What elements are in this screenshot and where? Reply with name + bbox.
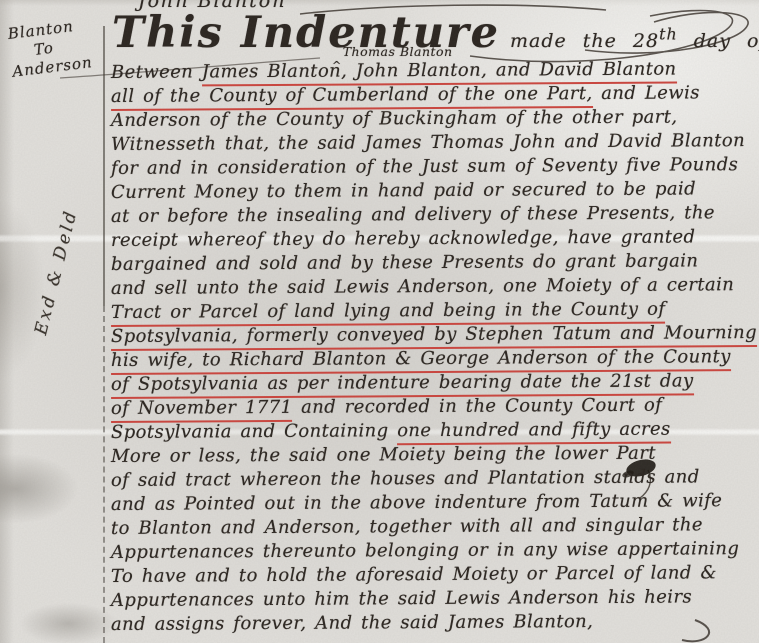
handwritten-line: and assigns forever, And the said James … xyxy=(111,610,757,638)
text-segment: Appurtenances thereunto belonging or in … xyxy=(111,538,739,563)
text-segment: and as Pointed out in the above indentur… xyxy=(111,490,722,515)
text-segment: Between xyxy=(111,61,202,83)
document-scan: Blanton To Anderson Exd & Deld John Blan… xyxy=(0,0,759,643)
text-segment: and assigns forever, And the said James … xyxy=(111,611,593,635)
heading-date-ordinal: th xyxy=(659,25,678,44)
text-segment: More or less, the said one Moiety being … xyxy=(111,443,656,467)
text-segment: Witnesseth that, the said James Thomas J… xyxy=(111,130,745,155)
text-segment: Anderson of the County of Buckingham of … xyxy=(111,107,678,131)
text-segment: and recorded in the County Court of xyxy=(292,395,662,418)
text-segment: of said tract whereon the houses and Pla… xyxy=(111,466,700,491)
text-segment: at or before the insealing and delivery … xyxy=(111,202,715,227)
margin-rule-line xyxy=(103,26,105,306)
text-segment: Spotsylvania and Containing xyxy=(111,420,397,443)
heading-date-post: day of July 1806, xyxy=(678,30,759,52)
text-segment: receipt whereof they do hereby acknowled… xyxy=(111,226,696,251)
margin-case-title: Blanton To Anderson xyxy=(7,15,94,81)
deed-body: Between James Blanton, John Blanton, and… xyxy=(111,60,757,636)
margin-rule-line-dashed xyxy=(103,306,105,643)
interlined-insertion: ^Thomas Blanton xyxy=(332,44,453,59)
red-underlined-passage: of November 1771 xyxy=(111,397,293,423)
text-segment: Current Money to them in hand paid or se… xyxy=(111,178,696,203)
interline-text: Thomas Blanton xyxy=(343,44,453,59)
text-segment: and Lewis xyxy=(593,82,700,104)
text-segment: and sell unto the said Lewis Anderson, o… xyxy=(111,274,734,299)
text-segment: To have and to hold the aforesaid Moiety… xyxy=(111,562,717,587)
heading-date-pre: made the 28 xyxy=(510,30,659,52)
text-segment: for and in consideration of the Just sum… xyxy=(111,154,738,179)
text-segment: Appurtenances unto him the said Lewis An… xyxy=(111,586,692,611)
red-underlined-passage: one hundred and fifty acres xyxy=(397,419,671,446)
text-segment: to Blanton and Anderson, together with a… xyxy=(111,514,703,539)
text-segment: bargained and sold and by these Presents… xyxy=(111,250,698,275)
